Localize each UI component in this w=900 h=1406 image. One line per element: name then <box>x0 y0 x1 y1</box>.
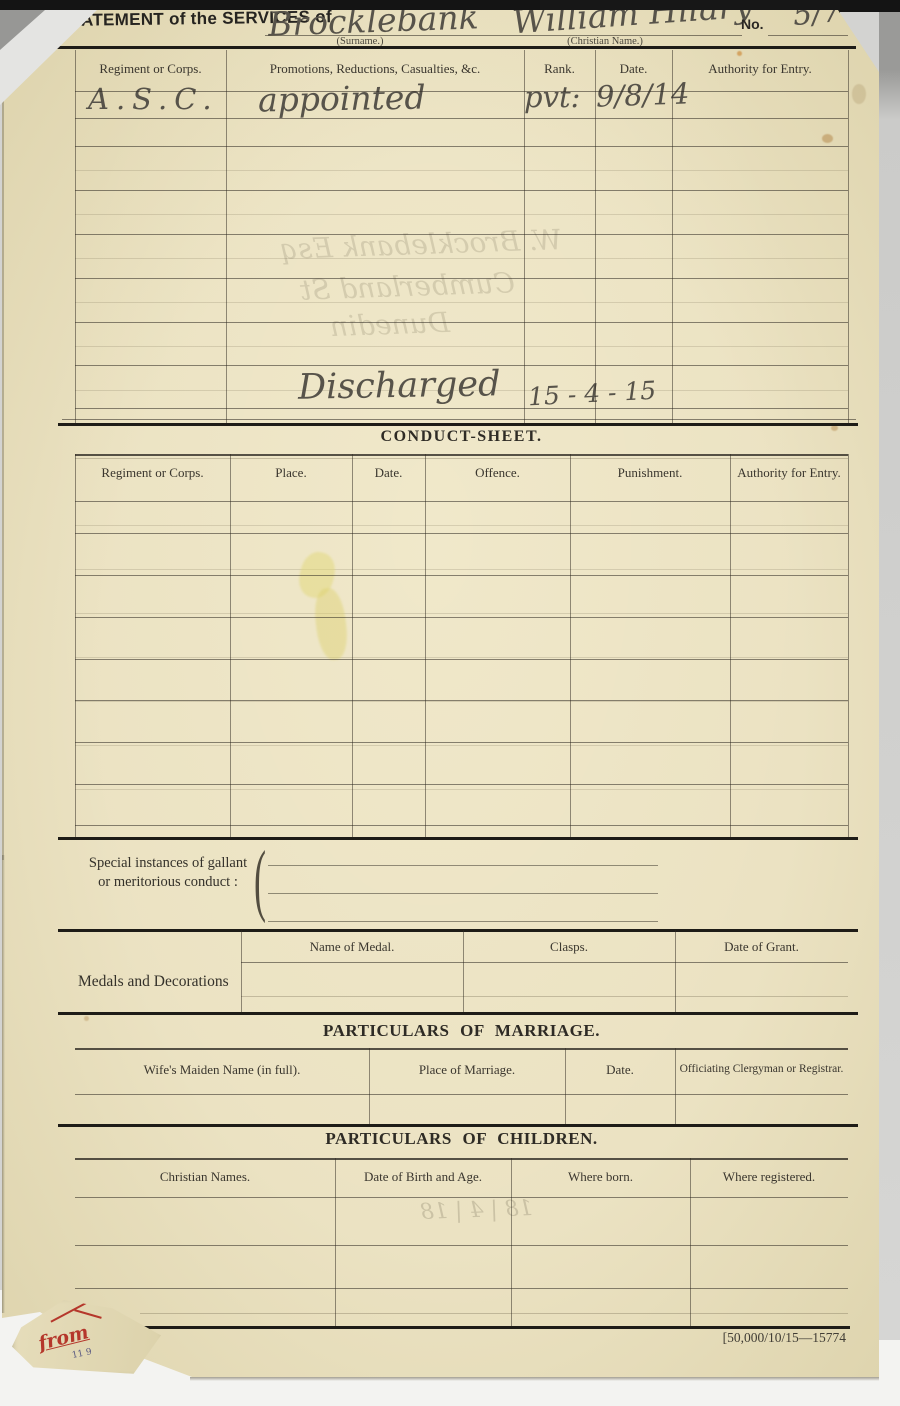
rule-line <box>75 742 848 743</box>
rule-line <box>58 837 858 840</box>
rule-line <box>230 454 231 837</box>
rule-line <box>524 50 525 423</box>
marriage-col-clergyman: Officiating Clergyman or Registrar. <box>675 1055 848 1085</box>
rule-line <box>75 91 848 92</box>
children-col-born: Where born. <box>511 1163 690 1191</box>
rule-line <box>75 322 848 323</box>
rule-line <box>75 234 848 235</box>
rule-line <box>58 1012 858 1015</box>
rule-line <box>75 1197 848 1198</box>
rule-line <box>672 50 673 423</box>
rule-line <box>463 930 464 1012</box>
rule-line <box>75 1288 848 1289</box>
conduct-col-authority: Authority for Entry. <box>730 458 848 488</box>
page-left-edge <box>0 855 5 1313</box>
bleed-through-ruled-lines <box>75 505 848 823</box>
rule-line <box>75 408 848 409</box>
rule-line <box>241 962 848 963</box>
rule-line <box>75 118 848 119</box>
rule-line <box>75 278 848 279</box>
rule-line <box>75 458 848 459</box>
rule-line <box>58 423 858 426</box>
medals-col-grant: Date of Grant. <box>675 936 848 958</box>
service-record-page: W. Brocklebank Esq Cumberland St Dunedin… <box>0 0 900 1406</box>
rule-line <box>241 996 848 997</box>
rule-line <box>570 454 571 837</box>
conduct-col-punishment: Punishment. <box>570 458 730 488</box>
entry-discharged: Discharged <box>298 364 501 408</box>
rule-line <box>848 454 849 837</box>
rule-line <box>75 575 848 576</box>
rule-line <box>768 35 848 36</box>
gallant-conduct-line1: Special instances of gallant <box>70 854 266 873</box>
entry-date: 9/8/14 <box>595 76 689 113</box>
marriage-col-place: Place of Marriage. <box>369 1055 565 1085</box>
marriage-title: PARTICULARS OF MARRIAGE. <box>75 1021 848 1041</box>
rule-line <box>335 1158 336 1326</box>
rule-line <box>138 1326 850 1329</box>
rule-line <box>352 454 353 837</box>
rule-line <box>62 419 856 420</box>
scanner-bed-right <box>879 0 900 1340</box>
rule-line <box>140 1313 848 1314</box>
marriage-col-wife: Wife's Maiden Name (in full). <box>75 1055 369 1085</box>
children-col-registered: Where registered. <box>690 1163 848 1191</box>
rule-line <box>675 1048 676 1124</box>
rule-line <box>75 1245 848 1246</box>
conduct-col-date: Date. <box>352 458 425 488</box>
marriage-col-date: Date. <box>565 1055 675 1085</box>
rule-line <box>241 930 242 1012</box>
rule-line <box>75 825 848 826</box>
scanned-service-record: W. Brocklebank Esq Cumberland St Dunedin… <box>0 0 900 1406</box>
rule-line <box>75 784 848 785</box>
page-bottom-shadow <box>190 1377 879 1381</box>
rule-line <box>75 1048 848 1050</box>
medals-col-name: Name of Medal. <box>241 936 463 958</box>
rule-line <box>511 1158 512 1326</box>
page-left-edge-soft <box>1 100 4 860</box>
medals-col-clasps: Clasps. <box>463 936 675 958</box>
children-title: PARTICULARS OF CHILDREN. <box>75 1129 848 1149</box>
rule-line <box>369 1048 370 1124</box>
entry-regiment: A.S.C. <box>88 82 219 116</box>
entry-promotion: appointed <box>258 78 426 120</box>
children-col-birth: Date of Birth and Age. <box>335 1163 511 1191</box>
fragment-pen-marks: 11 9 <box>71 1347 93 1361</box>
rule-line <box>265 35 742 36</box>
services-col-regiment: Regiment or Corps. <box>75 53 226 85</box>
rule-line <box>268 865 658 866</box>
number-label: No. <box>741 16 764 32</box>
rule-line <box>75 190 848 191</box>
entry-discharge-date: 15 - 4 - 15 <box>527 376 657 412</box>
rule-line <box>690 1158 691 1326</box>
rule-line <box>75 617 848 618</box>
rule-line <box>425 454 426 837</box>
rule-line <box>58 929 858 932</box>
rule-line <box>565 1048 566 1124</box>
rule-line <box>848 50 849 423</box>
entry-rank: pvt: <box>524 80 580 114</box>
gallant-conduct-label: Special instances of gallant or meritori… <box>70 854 266 892</box>
fragment-red-stroke <box>74 1309 101 1319</box>
rule-line <box>675 930 676 1012</box>
ink-bleed-through: 18 | 4 | 18 <box>420 1196 534 1225</box>
rule-line <box>75 501 848 502</box>
gallant-conduct-line2: or meritorious conduct : <box>70 873 266 892</box>
children-col-names: Christian Names. <box>75 1163 335 1191</box>
print-code: [50,000/10/15—15774 <box>600 1330 846 1346</box>
rule-line <box>226 50 227 423</box>
rule-line <box>75 146 848 147</box>
services-col-authority: Authority for Entry. <box>672 53 848 85</box>
rule-line <box>56 46 856 49</box>
brace-icon: ( <box>254 842 266 918</box>
rule-line <box>268 921 658 922</box>
rule-line <box>75 1158 848 1160</box>
foxing-spot <box>852 84 866 104</box>
rule-line <box>75 50 76 423</box>
rule-line <box>75 365 848 366</box>
rule-line <box>75 659 848 660</box>
rule-line <box>595 50 596 423</box>
rule-line <box>730 454 731 837</box>
conduct-col-regiment: Regiment or Corps. <box>75 458 230 488</box>
rule-line <box>75 454 76 837</box>
conduct-sheet-title: CONDUCT-SHEET. <box>75 428 848 446</box>
rule-line <box>75 1094 848 1095</box>
rule-line <box>75 533 848 534</box>
rule-line <box>58 1124 858 1127</box>
rule-line <box>75 700 848 701</box>
conduct-col-offence: Offence. <box>425 458 570 488</box>
foxing-spot <box>822 134 833 143</box>
medals-label: Medals and Decorations <box>78 973 229 991</box>
rule-line <box>268 893 658 894</box>
rule-line <box>75 454 848 456</box>
conduct-col-place: Place. <box>230 458 352 488</box>
